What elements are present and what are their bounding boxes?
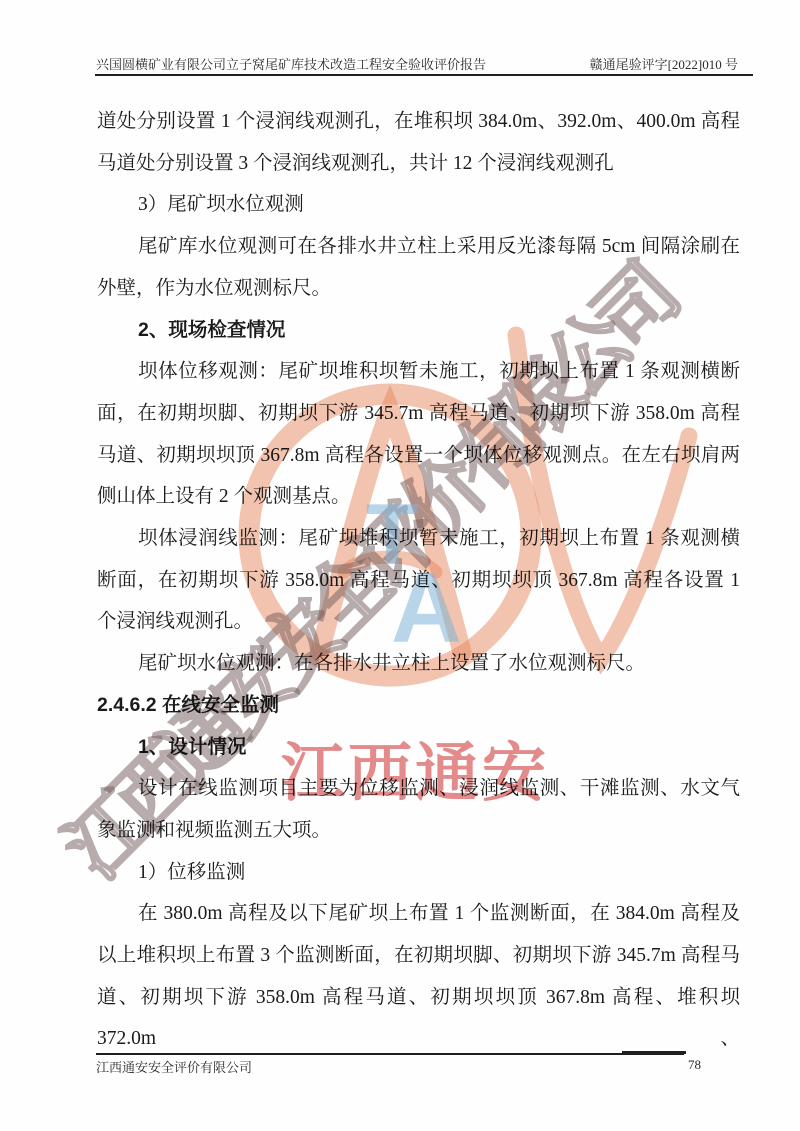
text-line: 道处分别设置 1 个浸润线观测孔，在堆积坝 384.0m、392.0m、400.…: [97, 101, 740, 143]
text-line: 坝体位移观测：尾矿坝堆积坝暂未施工，初期坝上布置 1 条观测横断: [97, 351, 740, 393]
text-line: 马道、初期坝坝顶 367.8m 高程各设置一个坝体位移观测点。在左右坝肩两: [97, 435, 740, 477]
text-line: 设计在线监测项目主要为位移监测、浸润线监测、干滩监测、水文气: [97, 768, 740, 810]
text-line: 尾矿库水位观测可在各排水井立柱上采用反光漆每隔 5cm 间隔涂刷在: [97, 226, 740, 268]
text-line: 面，在初期坝脚、初期坝下游 345.7m 高程马道、初期坝下游 358.0m 高…: [97, 393, 740, 435]
text-line: 道、初期坝下游 358.0m 高程马道、初期坝坝顶 367.8m 高程、堆积坝 …: [97, 977, 740, 1060]
text-line: 外壁，作为水位观测标尺。: [97, 268, 740, 310]
text-line: 2.4.6.2 在线安全监测: [97, 685, 740, 727]
text-line: 断面，在初期坝下游 358.0m 高程马道、初期坝坝顶 367.8m 高程各设置…: [97, 560, 740, 602]
text-line: 1）位移监测: [97, 852, 740, 894]
text-line: 象监测和视频监测五大项。: [97, 810, 740, 852]
text-line: 尾矿坝水位观测：在各排水井立柱上设置了水位观测标尺。: [97, 643, 740, 685]
text-line: 坝体浸润线监测：尾矿坝堆积坝暂未施工，初期坝上布置 1 条观测横: [97, 518, 740, 560]
text-line: 马道处分别设置 3 个浸润线观测孔，共计 12 个浸润线观测孔: [97, 143, 740, 185]
page-header: 兴国圆横矿业有限公司立子窝尾矿库技术改造工程安全验收评价报告 赣通尾验评字[20…: [96, 54, 738, 70]
text-line: 以上堆积坝上布置 3 个监测断面，在初期坝脚、初期坝下游 345.7m 高程马: [97, 935, 740, 977]
text-line: 1、设计情况: [97, 727, 740, 769]
header-rule: [95, 74, 753, 76]
footer-rule-thick-segment: [622, 1051, 686, 1054]
text-line: 3）尾矿坝水位观测: [97, 184, 740, 226]
page-number: 78: [688, 1057, 701, 1073]
text-line: 侧山体上设有 2 个观测基点。: [97, 476, 740, 518]
body-lines: 道处分别设置 1 个浸润线观测孔，在堆积坝 384.0m、392.0m、400.…: [97, 101, 740, 1060]
text-line: 2、现场检查情况: [97, 310, 740, 352]
document-page: 兴国圆横矿业有限公司立子窝尾矿库技术改造工程安全验收评价报告 赣通尾验评字[20…: [0, 0, 800, 1131]
footer-company-name: 江西通安安全评价有限公司: [96, 1057, 252, 1076]
text-line: 在 380.0m 高程及以下尾矿坝上布置 1 个监测断面，在 384.0m 高程…: [97, 893, 740, 935]
text-line: 个浸润线观测孔。: [97, 601, 740, 643]
header-document-code: 赣通尾验评字[2022]010 号: [590, 54, 738, 73]
header-report-title: 兴国圆横矿业有限公司立子窝尾矿库技术改造工程安全验收评价报告: [96, 54, 486, 73]
footer-rule: [96, 1053, 684, 1055]
